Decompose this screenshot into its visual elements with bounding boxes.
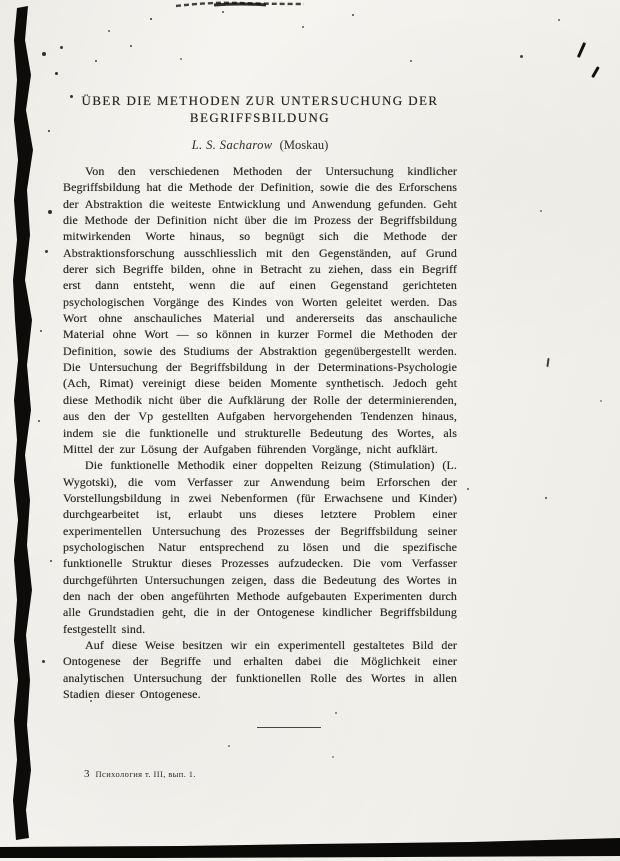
scan-slash-mark bbox=[577, 42, 586, 58]
scanned-document-page: ÜBER DIE METHODEN ZUR UNTERSUCHUNG DER B… bbox=[0, 0, 620, 861]
scan-left-edge-artifact bbox=[13, 6, 33, 840]
article-title-line1: ÜBER DIE METHODEN ZUR UNTERSUCHUNG DER bbox=[82, 93, 439, 108]
article-title: ÜBER DIE METHODEN ZUR UNTERSUCHUNG DER B… bbox=[63, 92, 457, 126]
scan-speck bbox=[180, 58, 182, 60]
scan-speck bbox=[60, 46, 63, 49]
section-divider-rule bbox=[257, 727, 321, 728]
scan-speck bbox=[48, 210, 52, 214]
scan-speck bbox=[95, 60, 97, 62]
paragraph: Die funktionelle Methodik einer doppelte… bbox=[63, 457, 457, 637]
paragraph: Auf diese Weise besitzen wir ein experim… bbox=[63, 637, 457, 702]
scan-speck bbox=[540, 210, 542, 212]
text-column: ÜBER DIE METHODEN ZUR UNTERSUCHUNG DER B… bbox=[63, 92, 457, 702]
scan-speck bbox=[55, 72, 58, 75]
scan-speck bbox=[467, 488, 469, 490]
scan-speck bbox=[558, 19, 560, 21]
scan-speck bbox=[48, 130, 50, 132]
article-body: Von den verschiedenen Methoden der Unter… bbox=[63, 163, 457, 702]
paragraph: Von den verschiedenen Methoden der Unter… bbox=[63, 163, 457, 457]
scan-speck bbox=[150, 18, 152, 20]
scan-speck bbox=[520, 55, 523, 58]
scan-speck bbox=[222, 11, 224, 13]
scan-speck bbox=[38, 420, 40, 422]
scan-speck bbox=[352, 14, 354, 16]
author-affiliation: (Moskau) bbox=[280, 138, 329, 152]
scan-speck bbox=[410, 60, 412, 62]
scan-speck bbox=[70, 95, 73, 98]
article-title-line2: BEGRIFFSBILDUNG bbox=[190, 110, 330, 125]
scan-speck bbox=[335, 712, 337, 714]
scan-speck bbox=[45, 250, 48, 253]
author-name: L. S. Sacharow bbox=[192, 138, 273, 152]
scan-speck bbox=[332, 756, 334, 758]
scan-speck bbox=[302, 26, 304, 28]
scan-speck bbox=[600, 400, 602, 402]
author-line: L. S. Sacharow (Moskau) bbox=[63, 138, 457, 153]
scan-speck bbox=[42, 660, 45, 663]
scan-top-edge-artifact-dark bbox=[214, 4, 266, 5]
scan-speck bbox=[40, 330, 42, 332]
scan-slash-mark bbox=[591, 66, 599, 78]
scan-speck bbox=[228, 745, 230, 747]
imprint-text: Психология т. III, вып. 1. bbox=[96, 769, 196, 779]
scan-speck bbox=[130, 45, 132, 47]
scan-speck bbox=[50, 560, 52, 562]
scan-speck bbox=[90, 700, 92, 702]
scan-speck bbox=[545, 497, 547, 499]
signature-number: 3 bbox=[84, 768, 90, 780]
scan-bottom-edge-artifact bbox=[0, 838, 620, 858]
scan-speck bbox=[108, 30, 110, 32]
imprint-footnote: 3 Психология т. III, вып. 1. bbox=[84, 768, 196, 780]
scan-speck bbox=[42, 52, 46, 56]
scan-top-edge-artifact bbox=[176, 3, 304, 6]
scan-slash-mark bbox=[546, 358, 549, 367]
